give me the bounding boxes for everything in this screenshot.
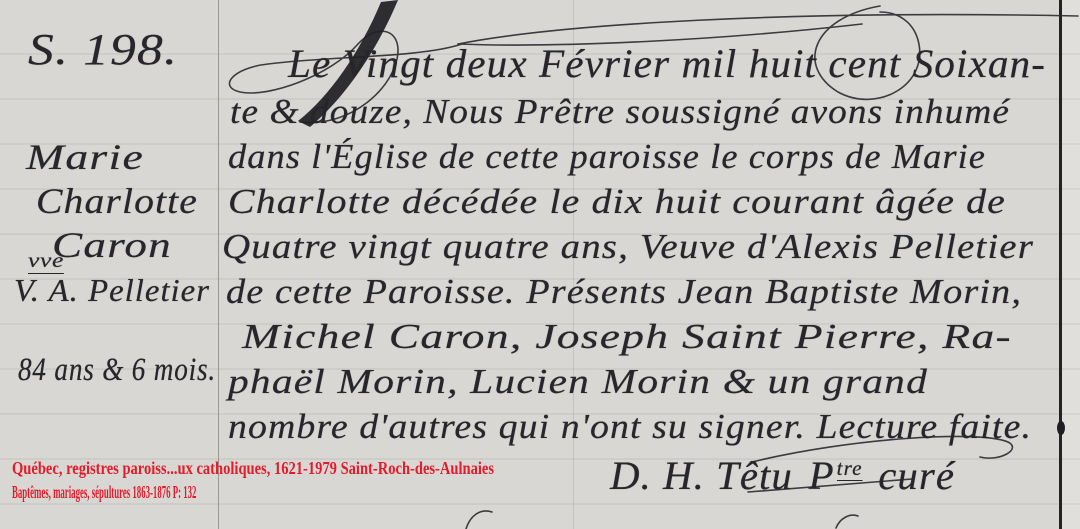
record-text-line: Michel Caron, Joseph Saint Pierre, Ra-	[242, 317, 1012, 357]
margin-vertical-rule	[218, 0, 219, 529]
citation-collection-line: Québec, registres paroiss...ux catholiqu…	[12, 456, 494, 480]
register-scan-page: S. 198. Marie Charlotte Caron vve V. A. …	[0, 0, 1080, 529]
margin-widow-abbreviation: vve	[28, 250, 64, 274]
signature-title-superscript: tre	[837, 457, 863, 481]
record-text-line: dans l'Église de cette paroisse le corps…	[228, 137, 986, 177]
record-text-line: Quatre vingt quatre ans, Veuve d'Alexis …	[222, 227, 1034, 267]
margin-name-middle: Charlotte	[36, 180, 198, 222]
signature-title-suffix: curé	[878, 453, 955, 498]
source-citation: Québec, registres paroiss...ux catholiqu…	[12, 456, 592, 504]
act-number: S. 198.	[28, 24, 178, 75]
record-text-line: Charlotte décédée le dix huit courant âg…	[228, 182, 1006, 222]
margin-age-note: 84 ans & 6 mois.	[18, 352, 216, 389]
page-edge-rule	[1059, 0, 1062, 529]
record-text-line: Le Vingt deux Février mil huit cent Soix…	[288, 40, 1046, 87]
record-text-line: te & douze, Nous Prêtre soussigné avons …	[230, 92, 1010, 132]
margin-name-first: Marie	[26, 136, 144, 178]
signature-title-abbr: P	[809, 453, 835, 498]
record-text-line: de cette Paroisse. Présents Jean Baptist…	[226, 272, 1022, 312]
signature-name: D. H. Têtu	[610, 453, 793, 498]
margin-widow-of: V. A. Pelletier	[14, 272, 210, 309]
priest-signature: D. H. Têtu Ptre curé	[610, 452, 955, 499]
margin-name-last: Caron	[52, 224, 172, 266]
record-text-line: phaël Morin, Lucien Morin & un grand	[228, 362, 928, 402]
record-text-line: nombre d'autres qui n'ont su signer. Lec…	[228, 407, 1032, 447]
citation-volume-page-line: Baptêmes, mariages, sépultures 1863-1876…	[12, 480, 304, 504]
